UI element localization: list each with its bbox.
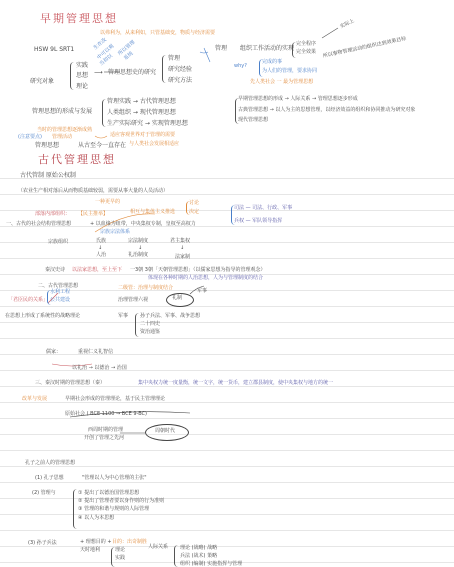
origin-right-1: 早期管理思想的形成 → 人际关系 → 管理思想逐步形成 — [238, 97, 358, 102]
ancient-line-1: 古代管制 原始公权制 — [20, 173, 76, 179]
red-label: 部落内部组织： — [35, 212, 70, 217]
orange-note-mid: 相互与集体主义推选 — [130, 210, 175, 215]
blue-note: 宗族宗法体系 — [100, 230, 130, 235]
bottom-orange-2: 管理活动 — [52, 135, 72, 140]
evolution-col1-bottom: 人治 — [96, 253, 106, 258]
qin-label: 秦汉史诗 — [45, 268, 65, 273]
timeline-text: 原始社会 ( BCE 1100 → BCE 9-BC) — [65, 412, 147, 417]
reform-orange: 改革与发展 — [22, 397, 47, 402]
timeline-circled: 周朝时代 — [155, 429, 175, 434]
research-item-2: 思想 — [76, 73, 88, 79]
evolution-col2-top: 宗法制度 — [128, 239, 148, 244]
item1: 一、古代的社会结构管理思想 — [6, 222, 71, 227]
item2-blue-2: 公共建设 — [50, 298, 70, 303]
bottom-orange-4: 与人类社会发展相适应 — [129, 142, 179, 147]
manage-term: 管理 — [215, 46, 227, 52]
timeline-left-2: 开创了管理之先河 — [84, 436, 124, 441]
why-item-2: 为人们的管理，要求协同 — [262, 69, 317, 74]
later-item2-list-1: ① 提出了以德治国管理思想 — [78, 491, 139, 496]
later-item3-row-3: 实践 — [115, 556, 125, 561]
brace — [135, 313, 139, 337]
qin-blue: 体现在各种时期的人治思想，人为与管理制度的结合 — [148, 276, 263, 281]
later-item2-list-4: ④ 以人为本思想 — [78, 516, 114, 521]
research-object-label: 研究对象 — [30, 79, 54, 85]
qin-red: 以法家思想，至上至下 — [72, 268, 122, 273]
item3-blue: 集中央权力统一度量衡，统一文字，统一货币，建立郡县制度，使中央集权与地方的统一 — [138, 381, 333, 386]
evolution-col3-bottom: 法家制 — [175, 255, 190, 260]
orange-brace-2: 决定 — [189, 210, 199, 215]
research-result-2: 研究经验 — [168, 67, 192, 73]
brace — [73, 489, 77, 529]
origin-item-1: 管理实践 → 古代管理思想 — [107, 99, 176, 105]
research-result-3: 研究方法 — [168, 78, 192, 84]
bottom-ink-2: 从古至今一直存在 — [78, 143, 126, 149]
military-label: 在思想上形成了系统性的战略理论 — [5, 314, 80, 319]
hsu-line: HSW 9L SRT1 — [34, 47, 74, 53]
later-item3-top-ink: + 理想目的 + — [80, 540, 112, 545]
bottom-ink-1: 管理思想 — [35, 143, 59, 149]
origin-item-3: 生产实际研究 → 实现管理思想 — [107, 121, 188, 127]
military-sub-label: 军事 — [118, 314, 128, 319]
later-item3-top-orange: 目的：出奇制胜 — [112, 540, 147, 545]
blue-right-2: 兵权 — 军队领导指挥 — [234, 219, 282, 224]
brace — [162, 55, 167, 83]
item3-label: 三、秦汉时期的管理思想（秦） — [35, 381, 105, 386]
ancient-line-2: （农业生产相对落后从而物质基础较弱，需要从事大量的人员活动） — [18, 189, 168, 194]
confucian-text: 重视仁义礼智信 — [78, 350, 113, 355]
later-heading: 孔子之前人的管理思想 — [25, 461, 75, 466]
later-item1-label: (1) 孔子思想 — [35, 476, 64, 481]
later-item3-label: (3) 孙子兵法 — [28, 541, 57, 546]
item2-ink: 治理管理六视 — [118, 298, 148, 303]
arrow-icon: ⟶ — [94, 70, 103, 76]
arrow-down-icon: ↓ — [98, 246, 102, 251]
later-item3-row-2: 理论 — [115, 548, 125, 553]
research-arrow-target: 管理思想史的研究 — [108, 70, 156, 76]
later-item2-list-2: ② 提出了管理者要以身作则的行为准则 — [78, 499, 164, 504]
title-modern: 早期管理思想 — [40, 13, 118, 24]
manage-outcome: 所以事物管理活动的组织达到效果目标 — [322, 31, 431, 61]
item2-circled: 礼制 — [172, 296, 182, 301]
later-item3-right-3: 组织 (编制) 实施指挥与管理 — [180, 562, 242, 567]
evolution-label: 宗族组织 — [48, 240, 68, 245]
later-item3-right-2: 兵法 (战术) 策略 — [180, 554, 217, 559]
origin-right-3: 现代管理思想 — [238, 118, 268, 123]
note-top: 以弗利为，从来利如，只管基础变，物质与经济需要 — [100, 31, 215, 36]
manage-arrow-note: 实际上 — [340, 19, 356, 30]
why-item-1: 完成的事 — [262, 60, 282, 65]
evolution-col1-top: 氏族 — [96, 239, 106, 244]
later-item3-mid: 人际关系 — [148, 545, 168, 550]
manage-definition: 组织工作活动的实现 — [240, 46, 294, 52]
item2-annotation: 军事 — [197, 289, 207, 294]
item2-blue-1: 水利工程 — [50, 290, 70, 295]
bottom-blue: (注意要点) — [18, 135, 42, 140]
orange-bracket: 【民主推举】 — [78, 212, 108, 217]
research-item-3: 理论 — [76, 84, 88, 90]
evolution-col2-bottom: 礼治制度 — [128, 253, 148, 258]
title-ancient: 古代管理思想 — [38, 154, 116, 165]
why-label: why? — [234, 64, 247, 69]
later-item3-right-1: 理论 (战略) 战略 — [180, 546, 217, 551]
later-item2-label: (2) 管理与 — [32, 491, 56, 496]
manage-sub-2: 完全效果 — [296, 50, 316, 55]
orange-note-top: 一种更早的 — [95, 200, 120, 205]
later-item1-text: "管理以人为中心管理的主张" — [82, 476, 147, 481]
reform-ink: 早期社会形成的管理理论，基于民主管理理论 — [65, 397, 165, 402]
arrow-down-icon: ↓ — [180, 246, 184, 251]
arrow-down-icon: ↓ — [138, 246, 142, 251]
confucian-sub: 以礼治 → 以德治 → 治国 — [72, 366, 127, 371]
origin-item-2: 人类组织 → 现代管理思想 — [107, 110, 176, 116]
evolution-col3-top: 君主集权 — [170, 239, 190, 244]
manage-orange-note: 先人类社会 一 最为管理思想 — [250, 80, 313, 85]
military-item-1: 孙子兵法、军事、战争思想 — [140, 314, 200, 319]
research-item-1: 实践 — [76, 63, 88, 69]
item2-orange: 二级管：治理与制度结合 — [118, 286, 173, 291]
brace — [70, 62, 75, 90]
military-item-3: 资治通鉴 — [140, 330, 160, 335]
origin-label: 管理思想的形成与发展 — [32, 109, 92, 115]
item1-cont: + 以血缘为纽带，中央集权专制，皇权至高权力 — [90, 222, 196, 227]
bottom-orange-3: 适应客观世界对于管理的需要 — [110, 133, 175, 138]
manage-sub-1: 完全程序 — [296, 42, 316, 47]
qin-ink: 一3朝 3朝「天朝管理思想」（以儒家思想为指导的管理观念） — [130, 268, 265, 273]
research-result-1: 管理 — [168, 56, 180, 62]
later-item3-row-1: 天时地利 — [80, 548, 100, 553]
timeline-left-1: 西周时期的管理 — [88, 428, 123, 433]
item2-red-note: 「君臣民的关系」 — [8, 298, 48, 303]
brace — [174, 545, 178, 567]
bottom-orange-1: 当时的管理思想逐渐成熟 — [37, 128, 92, 133]
military-item-2: 二十四史 — [140, 322, 160, 327]
blue-right-1: 司法 — 司法、行政、军事 — [234, 206, 292, 211]
origin-right-2: 古典管理思想 → 以人为主的思想管理，以经济效益的组织和协同推动为研究对象 — [238, 108, 415, 113]
confucian-label: 儒家： — [46, 350, 61, 355]
orange-brace-1: 讨论 — [189, 201, 199, 206]
later-item2-list-3: ③ 管理的和谐与规则的人际管理 — [78, 507, 149, 512]
